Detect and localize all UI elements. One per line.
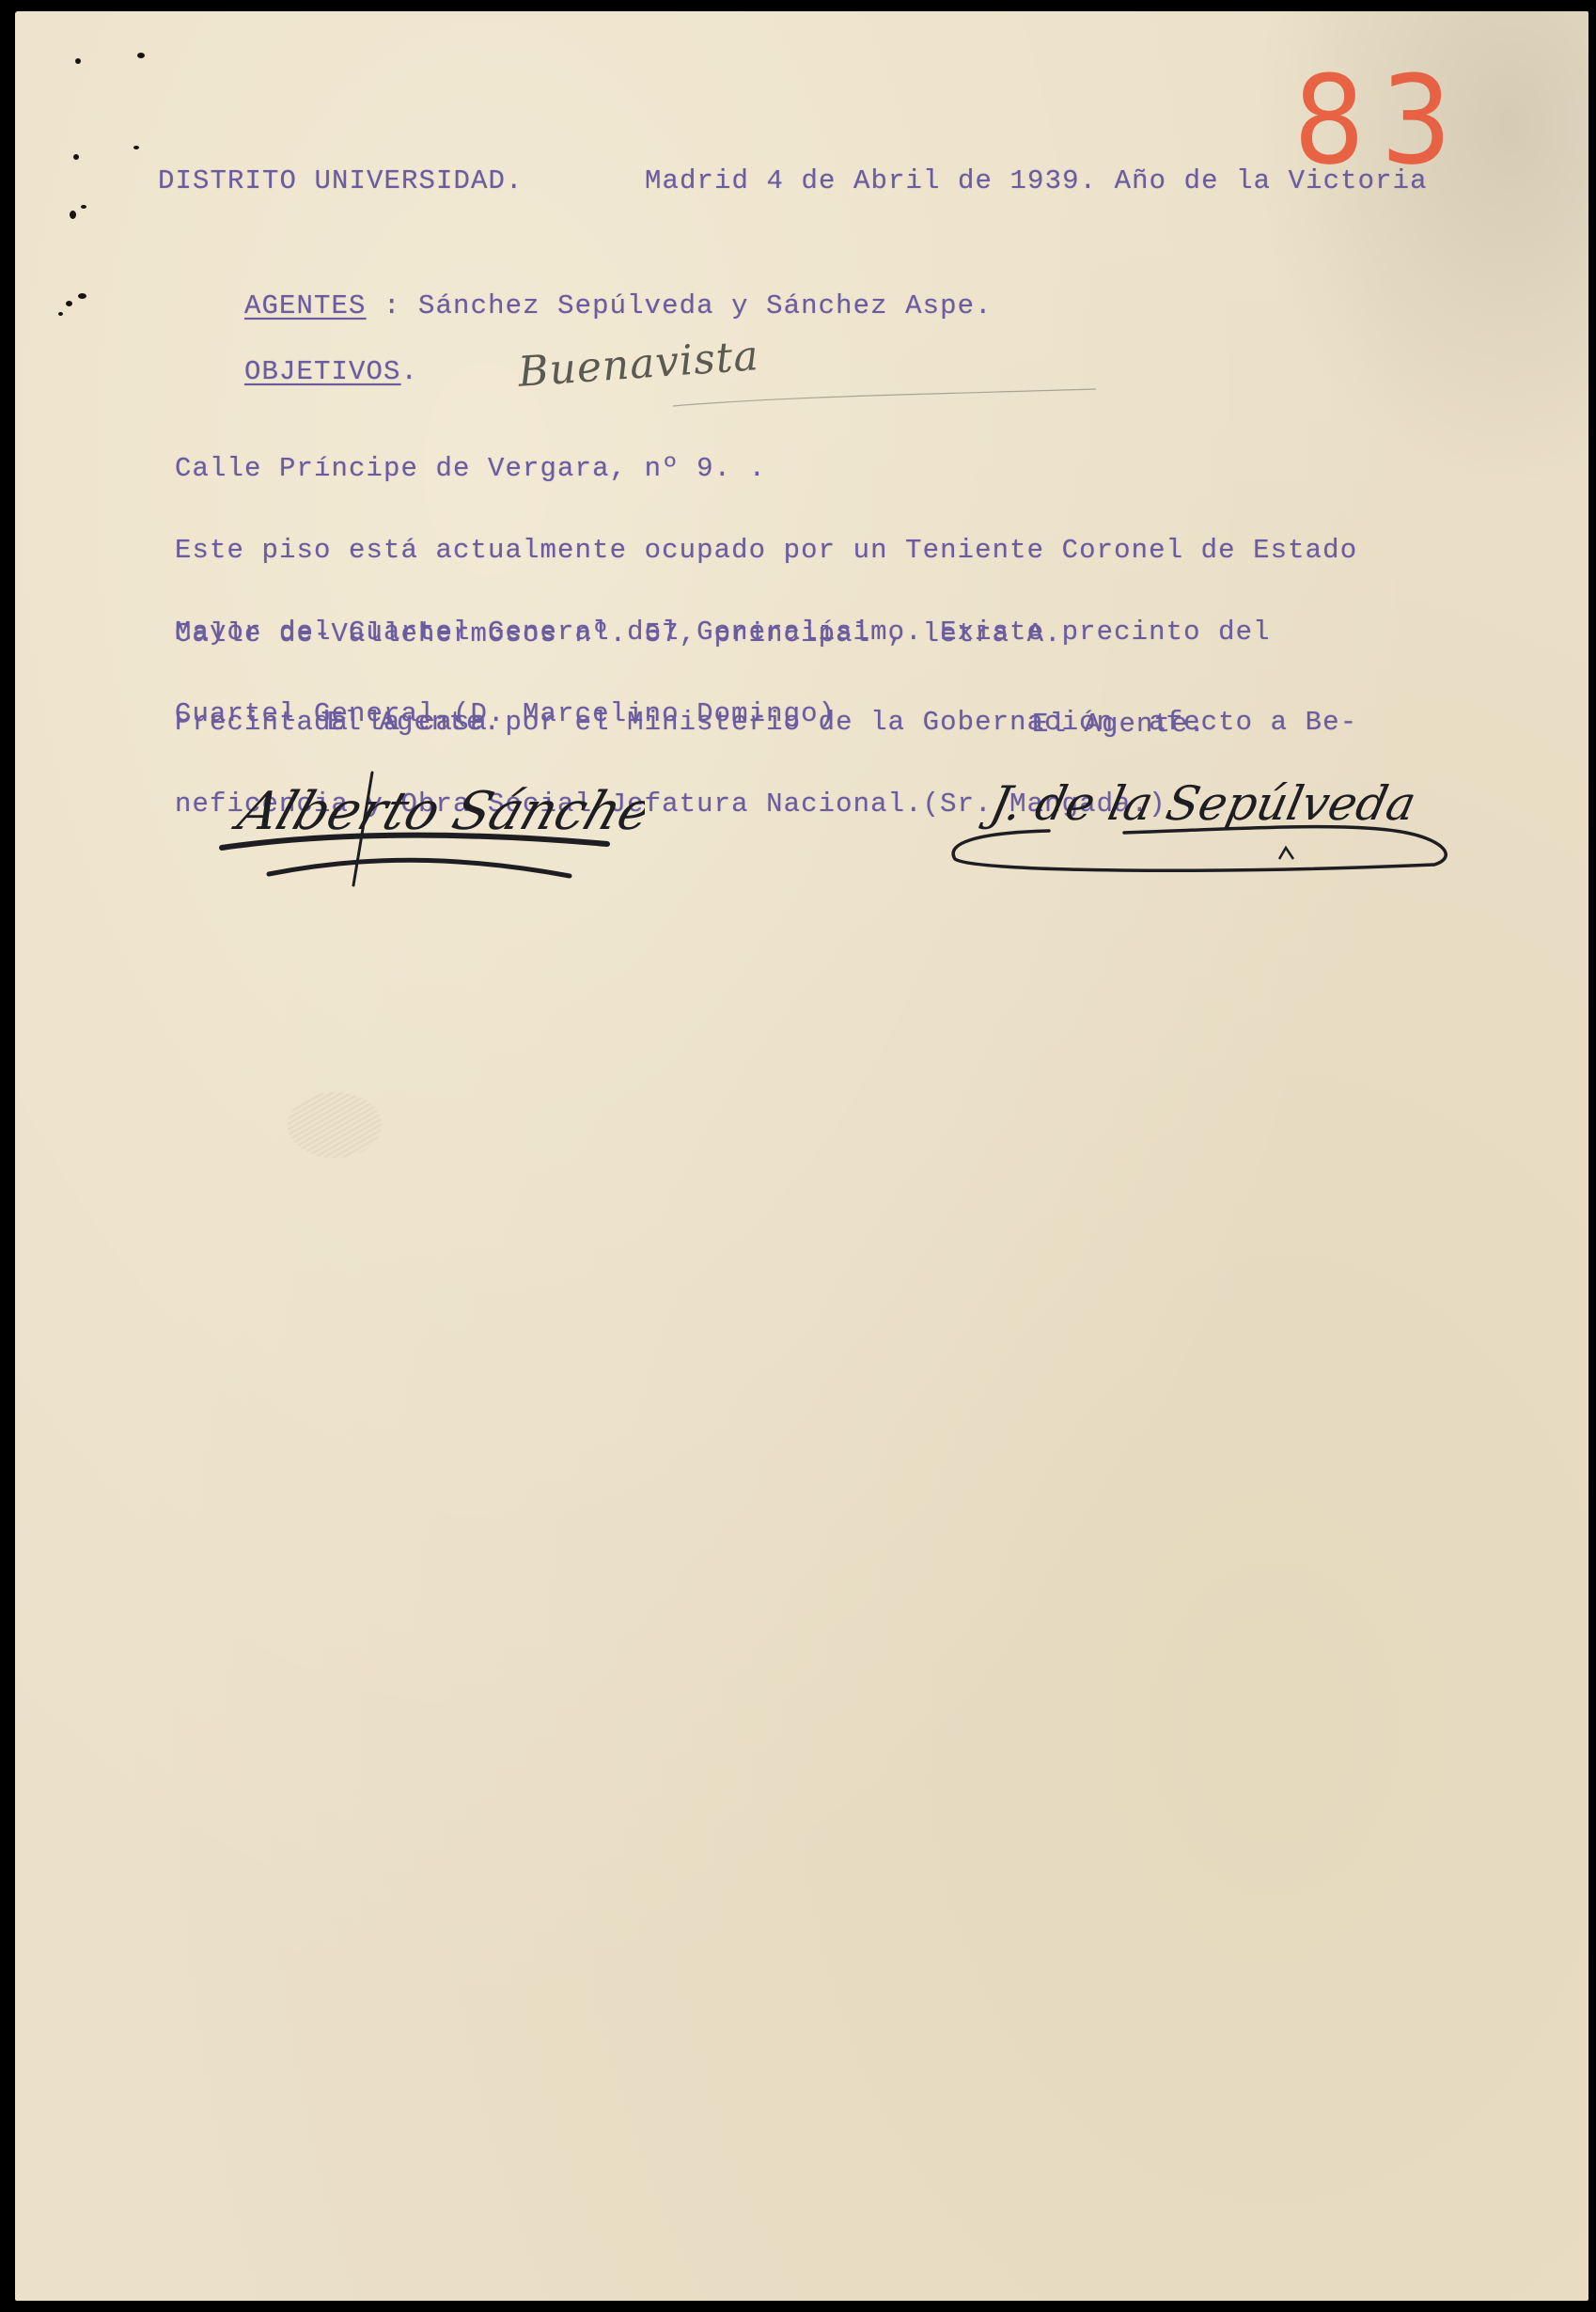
punch-hole [75,58,81,64]
objective-address: Calle de-Vallehermosos nº. 57, principal… [175,620,1357,654]
punch-hole [133,146,139,149]
fingerprint-smudge [288,1092,382,1158]
punch-hole [73,154,79,160]
district-heading: DISTRITO UNIVERSIDAD. [158,167,524,195]
objective-address: Calle Príncipe de Vergara, nº 9. . [175,455,1357,482]
punch-hole [66,301,72,306]
signature-role-right: El Agente. [1032,711,1206,738]
svg-text:J. de la Sepúlveda: J. de la Sepúlveda [978,776,1421,831]
objectives-label: OBJETIVOS [244,356,401,387]
punch-hole [137,53,145,58]
signature-role-left: El Agente. [327,709,501,736]
place-date: Madrid 4 de Abril de 1939. Año de la Vic… [645,167,1428,195]
punch-hole [70,211,76,219]
signature-left: Alberto Sánchez [212,754,645,895]
agents-value: : Sánchez Sepúlveda y Sánchez Aspe. [367,290,993,321]
punch-hole [81,205,86,209]
signature-right: J. de la Sepúlveda [936,754,1463,895]
document-page: 83 DISTRITO UNIVERSIDAD. Madrid 4 de Abr… [15,11,1588,2301]
agents-label: AGENTES [244,290,367,321]
punch-hole [58,312,63,316]
punch-hole [78,293,86,299]
objective-text-line: Este piso está actualmente ocupado por u… [175,537,1357,564]
